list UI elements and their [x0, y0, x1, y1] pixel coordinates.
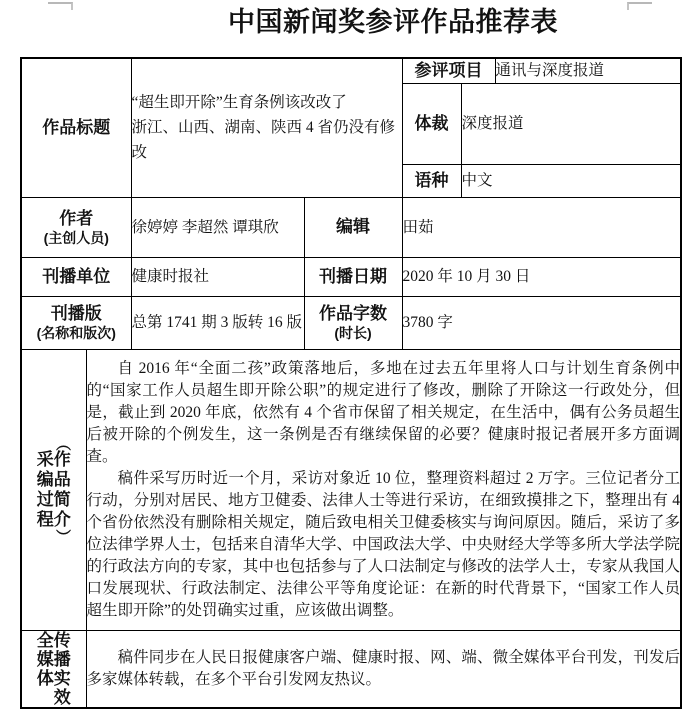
process-intro-label-right-chars: 作品简介	[54, 450, 71, 530]
entry-category-value: 通讯与深度报道	[495, 58, 681, 83]
genre-value: 深度报道	[461, 83, 681, 164]
language-value: 中文	[461, 164, 681, 197]
author-label-cell: 作者 (主创人员)	[21, 197, 131, 257]
language-label: 语种	[402, 164, 461, 197]
publish-edition-value: 总第 1741 期 3 版转 16 版	[131, 296, 304, 349]
work-title-label: 作品标题	[22, 117, 131, 139]
author-sublabel: (主创人员)	[22, 230, 131, 247]
process-intro-label-right-column: （ 作品简介 ）	[54, 437, 71, 543]
word-count-sublabel: (时长)	[305, 325, 402, 342]
recommendation-form-table: 作品标题 “超生即开除”生育条例该改改了浙江、山西、湖南、陕西 4 省仍没有修改…	[20, 57, 682, 709]
process-intro-vertical-label: 采编过程 （ 作品简介 ）	[22, 437, 86, 543]
publish-edition-sublabel: (名称和版次)	[22, 325, 131, 342]
media-effect-label-left-column: 全媒体	[37, 631, 54, 688]
media-effect-label-right-column: 传播实效	[54, 631, 71, 707]
publish-edition-label: 刊播版	[22, 303, 131, 325]
publish-edition-label-cell: 刊播版 (名称和版次)	[21, 296, 131, 349]
row-author: 作者 (主创人员) 徐婷婷 李超然 谭琪欣 编辑 田茹	[21, 197, 681, 257]
publish-org-label: 刊播单位	[21, 257, 131, 296]
vertical-paren-open: （	[56, 435, 69, 452]
word-count-label: 作品字数	[305, 303, 402, 325]
process-intro-label-cell: 采编过程 （ 作品简介 ）	[21, 349, 86, 630]
row-publish-org: 刊播单位 健康时报社 刊播日期 2020 年 10 月 30 日	[21, 257, 681, 296]
publish-date-value: 2020 年 10 月 30 日	[402, 257, 681, 296]
genre-label: 体裁	[402, 83, 461, 164]
editor-value: 田茹	[402, 197, 681, 257]
word-count-value: 3780 字	[402, 296, 681, 349]
row-publish-edition: 刊播版 (名称和版次) 总第 1741 期 3 版转 16 版 作品字数 (时长…	[21, 296, 681, 349]
page-corner-mark-right	[627, 2, 652, 10]
publish-date-label: 刊播日期	[304, 257, 402, 296]
publish-org-value: 健康时报社	[131, 257, 304, 296]
media-effect-vertical-label: 全媒体 传播实效	[22, 631, 86, 707]
row-process-intro: 采编过程 （ 作品简介 ） 自 2016 年“全面二孩”政策落地后，多地在过去五…	[21, 349, 681, 630]
work-title-value: “超生即开除”生育条例该改改了浙江、山西、湖南、陕西 4 省仍没有修改	[131, 58, 402, 197]
row-entry-category: 作品标题 “超生即开除”生育条例该改改了浙江、山西、湖南、陕西 4 省仍没有修改…	[21, 58, 681, 83]
author-value: 徐婷婷 李超然 谭琪欣	[131, 197, 304, 257]
document-page: 中国新闻奖参评作品推荐表 作品标题 “超生即开除”生育条例该改改了浙江、山西、湖…	[0, 0, 698, 728]
editor-label: 编辑	[304, 197, 402, 257]
page-corner-mark-left	[48, 2, 73, 10]
media-effect-text: 稿件同步在人民日报健康客户端、健康时报、网、端、微全媒体平台刊发，刊发后多家媒体…	[86, 630, 681, 708]
process-intro-label-left-column: 采编过程	[37, 450, 54, 530]
word-count-label-cell: 作品字数 (时长)	[304, 296, 402, 349]
row-media-effect: 全媒体 传播实效 稿件同步在人民日报健康客户端、健康时报、网、端、微全媒体平台刊…	[21, 630, 681, 708]
work-title-label-cell: 作品标题	[21, 58, 131, 197]
vertical-paren-close: ）	[56, 528, 69, 545]
page-title: 中国新闻奖参评作品推荐表	[228, 6, 558, 38]
entry-category-label: 参评项目	[402, 58, 495, 83]
media-effect-label-cell: 全媒体 传播实效	[21, 630, 86, 708]
process-intro-text: 自 2016 年“全面二孩”政策落地后，多地在过去五年里将人口与计划生育条例中的…	[86, 349, 681, 630]
author-label: 作者	[22, 208, 131, 230]
